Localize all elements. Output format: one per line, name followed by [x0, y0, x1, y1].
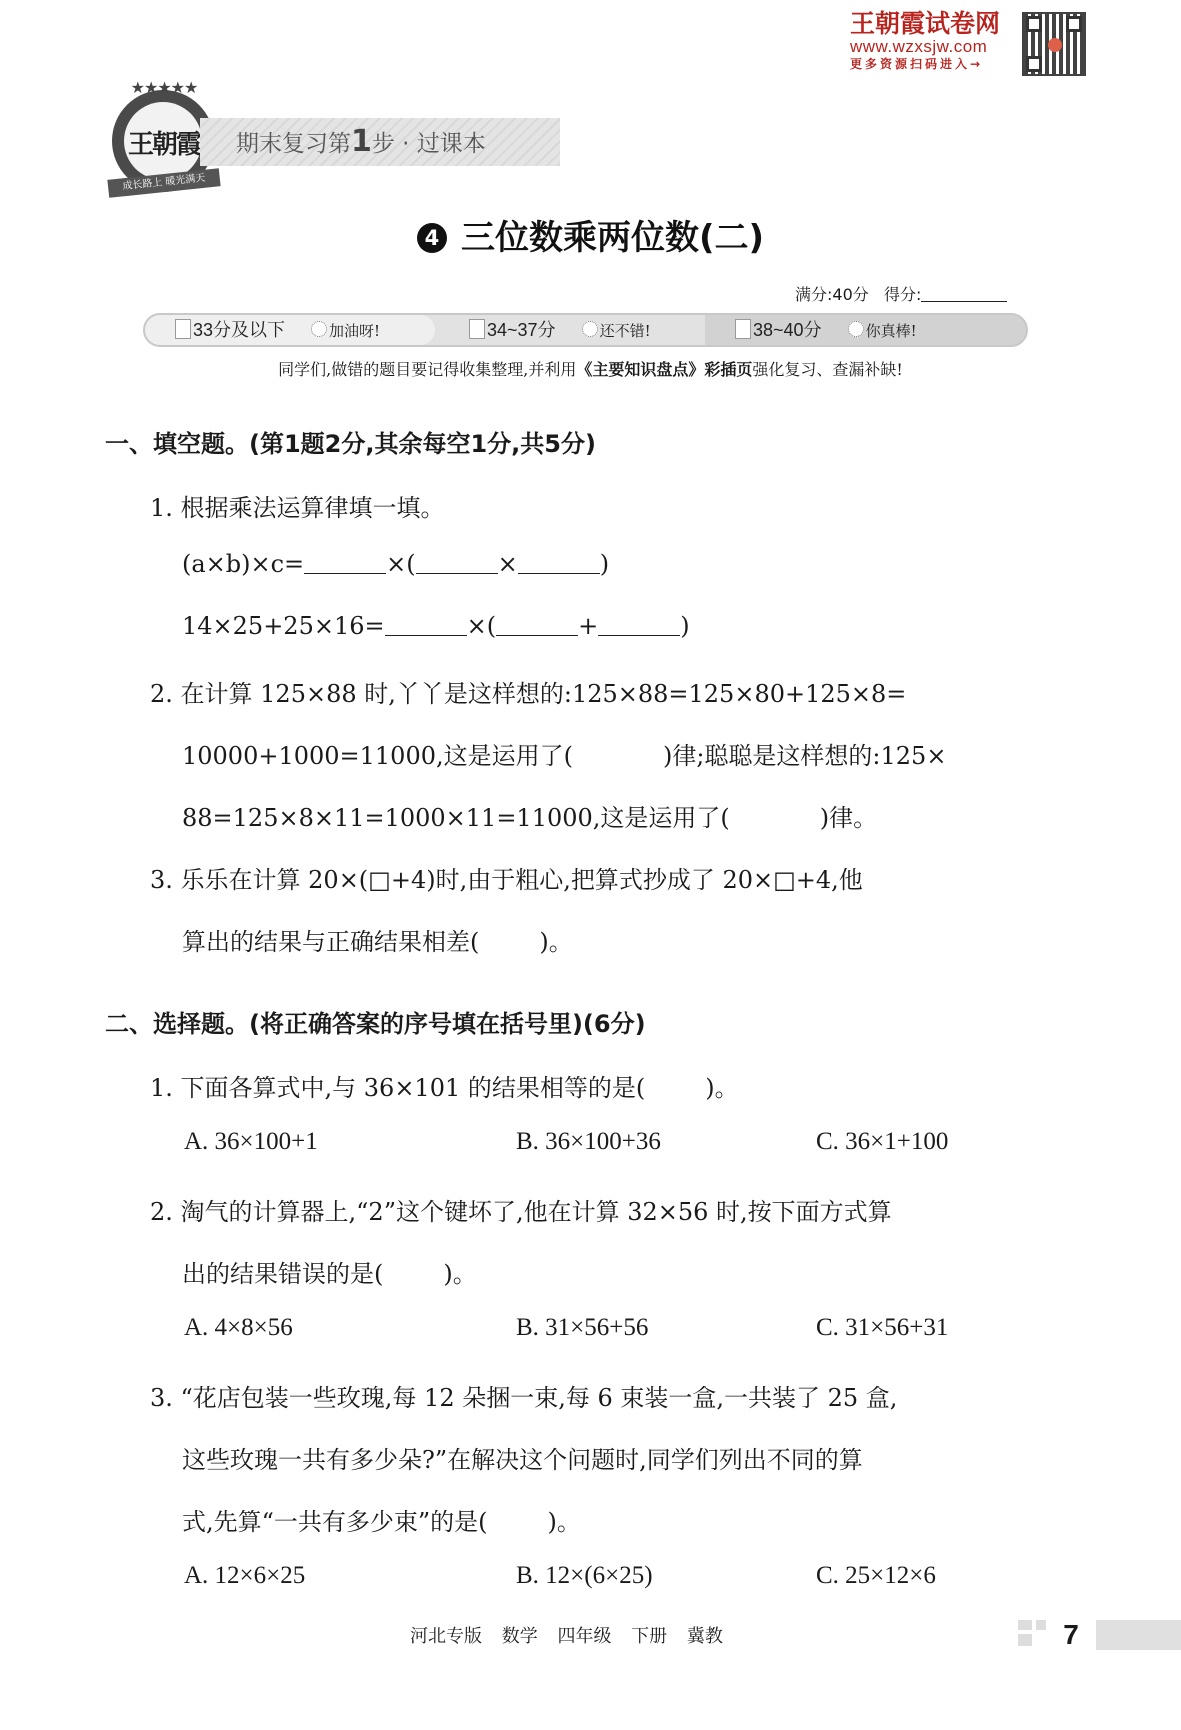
s1-q3-line2: 算出的结果与正确结果相差()。 [182, 922, 573, 957]
step-band-text: 期末复习第1步 · 过课本 [236, 121, 486, 165]
score-line: 满分:40分 得分: [795, 282, 1007, 305]
brand-title: 王朝霞试卷网 [850, 10, 990, 38]
face-icon [311, 321, 327, 337]
face-icon [582, 321, 598, 337]
answer-blank[interactable] [518, 553, 600, 574]
s1-q1-eq2: 14×25+25×16=×(+) [182, 612, 690, 640]
answer-blank[interactable] [496, 615, 578, 636]
checkbox[interactable] [735, 319, 751, 339]
section1-heading: 一、填空题。(第1题2分,其余每空1分,共5分) [105, 424, 596, 459]
s1-q2-line2: 10000+1000=11000,这是运用了()律;聪聪是这样想的:125× [182, 736, 946, 771]
section2-heading: 二、选择题。(将正确答案的序号填在括号里)(6分) [105, 1004, 646, 1039]
step-number: 1 [351, 124, 372, 159]
page-number: 7 [1046, 1620, 1096, 1650]
answer-blank[interactable] [385, 615, 467, 636]
stars-icon: ★★★★★ [118, 78, 210, 97]
logo-name: 王朝霞 [114, 124, 214, 161]
s2-q2-line2: 出的结果错误的是()。 [182, 1254, 477, 1289]
s2-q1-stem: 1. 下面各算式中,与 36×101 的结果相等的是()。 [150, 1068, 739, 1103]
brand-url[interactable]: www.wzxsjw.com [850, 38, 990, 56]
full-score: 满分:40分 [795, 285, 869, 304]
brand-block: 王朝霞试卷网 www.wzxsjw.com 更多资源扫码进入→ [850, 10, 990, 72]
s1-q3-line1: 3. 乐乐在计算 20×(□+4)时,由于粗心,把算式抄成了 20×□+4,他 [150, 860, 863, 895]
checkbox[interactable] [469, 319, 485, 339]
score-input[interactable] [921, 285, 1007, 302]
title-text: 三位数乘两位数(二) [461, 218, 764, 258]
page-deco-icon [1018, 1620, 1032, 1630]
s2-q3-line3: 式,先算“一共有多少束”的是()。 [182, 1502, 581, 1537]
checkbox[interactable] [175, 319, 191, 339]
s2-q2-option-a[interactable]: A. 4×8×56 [184, 1314, 293, 1342]
grade-option-1: 33分及以下加油呀! [145, 315, 435, 345]
s1-q1-eq1: (a×b)×c=×(×) [182, 550, 609, 578]
s2-q1-option-b[interactable]: B. 36×100+36 [516, 1128, 661, 1156]
page-bar [1096, 1620, 1181, 1650]
s2-q3-option-a[interactable]: A. 12×6×25 [184, 1562, 305, 1590]
answer-blank[interactable] [598, 615, 680, 636]
answer-blank[interactable] [416, 553, 498, 574]
s1-q1-stem: 1. 根据乘法运算律填一填。 [150, 488, 445, 523]
s2-q3-option-c[interactable]: C. 25×12×6 [816, 1562, 936, 1590]
s1-q2-line3: 88=125×8×11=1000×11=11000,这是运用了()律。 [182, 798, 877, 833]
s2-q3-line2: 这些玫瑰一共有多少朵?”在解决这个问题时,同学们列出不同的算 [182, 1440, 863, 1475]
qr-code-icon[interactable] [1022, 12, 1086, 76]
grade-option-3: 38~40分你真棒! [705, 315, 1028, 345]
answer-blank[interactable] [304, 553, 386, 574]
score-label: 得分: [884, 285, 921, 304]
s2-q3-line1: 3. “花店包装一些玫瑰,每 12 朵捆一束,每 6 束装一盒,一共装了 25 … [150, 1378, 897, 1413]
footer-text: 河北专版 数学 四年级 下册 冀教 [410, 1622, 723, 1648]
s2-q1-option-c[interactable]: C. 36×1+100 [816, 1128, 948, 1156]
s2-q1-option-a[interactable]: A. 36×100+1 [184, 1128, 318, 1156]
s2-q2-option-b[interactable]: B. 31×56+56 [516, 1314, 648, 1342]
s2-q2-option-c[interactable]: C. 31×56+31 [816, 1314, 948, 1342]
s2-q3-option-b[interactable]: B. 12×(6×25) [516, 1562, 653, 1590]
page-title: 4三位数乘两位数(二) [0, 210, 1181, 259]
brand-cta: 更多资源扫码进入→ [850, 56, 990, 72]
s2-q2-line1: 2. 淘气的计算器上,“2”这个键坏了,他在计算 32×56 时,按下面方式算 [150, 1192, 892, 1227]
instruction-note: 同学们,做错的题目要记得收集整理,并利用《主要知识盘点》彩插页强化复习、查漏补缺… [0, 357, 1181, 380]
grade-option-2: 34~37分还不错! [415, 315, 725, 345]
face-icon [848, 321, 864, 337]
lesson-number-badge: 4 [417, 223, 447, 253]
grade-bar: 33分及以下加油呀! 34~37分还不错! 38~40分你真棒! [143, 313, 1028, 347]
s1-q2-line1: 2. 在计算 125×88 时,丫丫是这样想的:125×88=125×80+12… [150, 674, 906, 709]
